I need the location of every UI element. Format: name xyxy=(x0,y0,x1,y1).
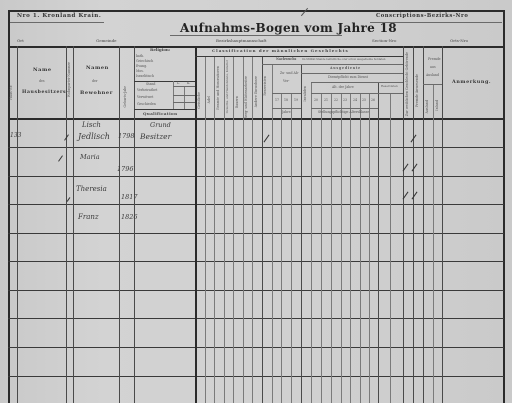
stand-row-label: Verwitwet xyxy=(137,96,153,99)
class-col-line xyxy=(311,82,312,403)
des-header: des xyxy=(39,80,45,83)
ort-label: Ort xyxy=(17,39,24,43)
stand-col-label: K. xyxy=(187,82,190,85)
religion-row-label: kath. xyxy=(136,55,144,58)
nachwuchs-year: 17 xyxy=(275,99,279,102)
year-cell: 1798 xyxy=(118,133,135,140)
anmerkung-header: Anmerkung. xyxy=(452,80,491,85)
header-rule xyxy=(311,82,403,83)
row-line xyxy=(8,347,504,348)
stand-rule xyxy=(173,95,195,96)
row-line xyxy=(8,376,504,377)
alter-year: 20 xyxy=(314,99,318,102)
stand-title: Stand xyxy=(146,83,155,86)
alter-year: 23 xyxy=(343,99,347,102)
col-line-year xyxy=(134,46,135,403)
fremde-sub-label: Inland xyxy=(436,100,439,111)
side-col-label: Fremde Anwesende xyxy=(416,74,419,107)
der-header: der xyxy=(92,80,97,83)
qualification-top-cell: Grund xyxy=(150,122,171,129)
number-underline xyxy=(10,22,104,23)
census-sheet: Nro 1. Kronland Krain. Aufnahms-Bogen vo… xyxy=(0,0,512,403)
header-rule xyxy=(423,84,442,85)
header-rule xyxy=(272,108,301,109)
row-line xyxy=(8,204,504,205)
fremde-label: Fremde xyxy=(428,58,441,61)
fremde-label: aus xyxy=(430,66,436,69)
class-col-line xyxy=(233,56,234,403)
stand-rule xyxy=(173,86,195,87)
side-col-line xyxy=(433,84,434,403)
row-line xyxy=(8,147,504,148)
geburtsjahr-header: Geburts-Jahr xyxy=(124,86,127,108)
alter-year: 21 xyxy=(324,99,328,102)
district-underline xyxy=(370,22,502,23)
militar-header: Im Militär-Stande befindliche oder schon… xyxy=(302,59,385,62)
bewohner-cell: Maria xyxy=(80,154,100,161)
tally-mark xyxy=(58,155,63,161)
bezirk-label: Bezirkshauptmannschaft xyxy=(216,39,266,43)
title-underline xyxy=(170,35,342,36)
class-col-line xyxy=(205,56,206,403)
district-number-label: Conscriptions-Bezirks-Nro xyxy=(376,14,468,19)
religion-row-label: Evang. xyxy=(136,65,147,68)
class-col-label: Adel xyxy=(208,96,211,104)
nachwuchs-year: 19 xyxy=(294,99,298,102)
alter-header: Alt. der Jahre xyxy=(332,86,354,89)
stand-rule xyxy=(173,102,195,103)
stand-row-label: Verheirathet xyxy=(137,89,157,92)
class-col-line xyxy=(262,56,263,403)
class-title-rule xyxy=(195,56,403,57)
col-line-bewohner xyxy=(119,46,120,403)
religion-row-label: Mos. xyxy=(136,70,144,73)
header-bottom-rule xyxy=(8,118,504,120)
row-line xyxy=(8,290,504,291)
nachwuchs-header: Nachwuchs xyxy=(276,58,296,61)
class-col-line xyxy=(331,93,332,403)
row-line xyxy=(8,176,504,177)
invalid-label: Invaliden xyxy=(304,86,307,102)
class-col-line xyxy=(350,93,351,403)
col-line-wohnpartei xyxy=(73,46,74,403)
religion-title: Religion: xyxy=(150,48,170,52)
wohnpartei-header: Wohnpartei-Nummer xyxy=(68,62,71,97)
frame-left xyxy=(8,10,10,403)
orts-nr-label: Orts-Nro xyxy=(450,39,468,43)
stand-col-line xyxy=(184,86,185,109)
stand-bottom-rule xyxy=(134,109,195,110)
class-col-line xyxy=(321,93,322,403)
alter-year: 26 xyxy=(371,99,375,102)
dienstzeit-header: Dienstpflicht zum Dienst xyxy=(328,76,368,79)
fremde-label: Ausland xyxy=(426,74,439,77)
stand-col-label: L. xyxy=(177,82,180,85)
class-col-line xyxy=(403,46,404,403)
class-col-line xyxy=(390,93,391,403)
bewohner-cell: Theresia xyxy=(76,186,107,193)
qualification-cell: Besitzer xyxy=(140,133,171,141)
bewohner-header: Bewohner xyxy=(80,91,113,96)
col-line-haus xyxy=(17,46,18,403)
bewohner-top-cell: Lisch xyxy=(82,122,101,129)
tally-mark xyxy=(67,197,71,202)
nachwuchs-year: 18 xyxy=(284,99,288,102)
fremde-sub-label: Ausland xyxy=(426,100,429,113)
religion-row-label: Israelitisch xyxy=(136,75,154,78)
religion-row-label: Griechisch xyxy=(136,60,153,63)
tally-mark xyxy=(264,135,270,143)
class-col-line xyxy=(301,64,302,403)
class-col-line xyxy=(341,93,342,403)
nachwuchs-sub-label: Zu- und Ab- xyxy=(280,72,299,75)
class-col-label: Gewerbs- und Handelsleute, Künstler xyxy=(226,60,229,113)
haus-nr-header: Haus-Nr. xyxy=(10,85,13,100)
bewohner-cell: Franz xyxy=(78,214,99,221)
qualification-header: Qualification xyxy=(143,112,177,116)
class-col-line xyxy=(378,82,379,403)
nachwuchs-sub-label: Ver- xyxy=(283,80,290,83)
namen-header: Namen xyxy=(86,66,109,71)
form-number: Nro 1. Kronland Krain. xyxy=(17,14,101,20)
class-col-label: Andere Einwohner xyxy=(255,76,258,107)
row-line xyxy=(8,261,504,262)
class-col-label: Bauern xyxy=(236,96,239,108)
header-rule xyxy=(311,108,378,109)
year-cell: 1817 xyxy=(121,194,138,201)
class-col-line xyxy=(252,56,253,403)
class-col-line xyxy=(272,64,273,403)
stand-row-label: Geschieden xyxy=(137,103,156,106)
reservisten-label: Reservisten xyxy=(264,76,267,96)
reserve-header: Reservisten xyxy=(381,85,398,88)
year-cell: 1826 xyxy=(121,214,138,221)
year-cell: 1796 xyxy=(117,166,134,173)
class-col-line xyxy=(281,93,282,403)
header-rule xyxy=(378,93,403,94)
classification-title: Classification der männlichen Geschlecht… xyxy=(212,49,349,53)
class-col-label: Beamte und Honoratioren xyxy=(217,66,220,110)
class-col-line xyxy=(369,93,370,403)
row-line xyxy=(8,318,504,319)
section-label: Section-Nro xyxy=(372,39,396,43)
form-title: Aufnahms-Bogen vom Jahre 18 xyxy=(180,22,397,34)
side-col-line xyxy=(423,46,424,403)
class-col-line xyxy=(360,93,361,403)
alter-year: 25 xyxy=(362,99,366,102)
bewohner-cell: Jedlisch xyxy=(78,133,110,141)
class-col-line xyxy=(214,56,215,403)
haus-nr-cell: 133 xyxy=(10,133,21,139)
frame-right xyxy=(503,10,505,403)
header-rule xyxy=(301,73,403,74)
anmerkung-col-line xyxy=(442,46,443,403)
religion-bottom-rule xyxy=(134,81,195,82)
side-col-label: Zur weiblichen Geschlecht Gehörende xyxy=(406,52,409,116)
alter-bottom-label: Stellungspflichtige Altersklasse xyxy=(318,111,369,114)
class-col-label: Berg- und Hüttenarbeiter xyxy=(245,76,248,119)
frame-top xyxy=(8,10,504,12)
gemeinde-label: Gemeinde xyxy=(96,39,117,43)
row-line xyxy=(8,233,504,234)
ausgedient-header: Ausgediente xyxy=(330,67,361,70)
header-rule xyxy=(311,93,378,94)
alter-year: 22 xyxy=(334,99,338,102)
header-rule xyxy=(262,64,403,65)
name-header: Name xyxy=(33,68,52,73)
hausbesitzer-header: Hausbesitzers xyxy=(22,91,66,96)
alter-year: 24 xyxy=(353,99,357,102)
side-col-line xyxy=(413,46,414,403)
col-line-hausbesitzer xyxy=(66,46,67,403)
header-rule xyxy=(272,93,301,94)
class-col-line xyxy=(291,93,292,403)
class-col-label: Geistliche xyxy=(198,92,201,109)
nachwuchs-bottom-label: Jahre xyxy=(282,111,291,114)
